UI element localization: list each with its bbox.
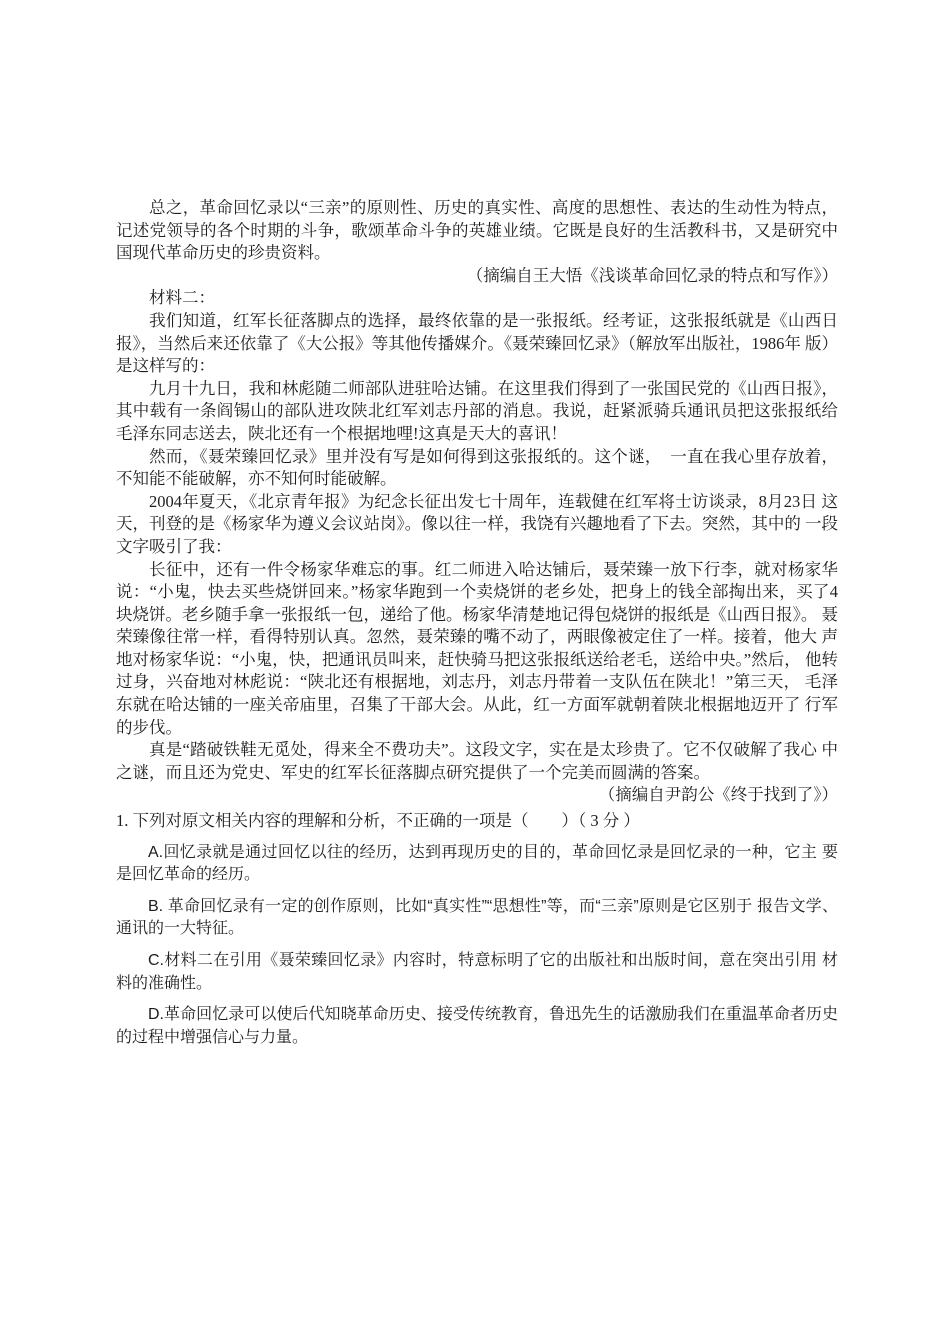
question-1-option-c: C.材料二在引用《聂荣臻回忆录》内容时，特意标明了它的出版社和出版时间，意在突出… <box>116 950 838 995</box>
question-1-option-b: B. 革命回忆录有一定的创作原则，比如“真实性”“思想性”等，而“三亲”原则是它… <box>116 896 838 941</box>
material-two-paragraph-1: 我们知道，红军长征落脚点的选择，最终依靠的是一张报纸。经考证，这张报纸就是《山西… <box>116 310 838 378</box>
question-1-stem: 1. 下列对原文相关内容的理解和分析，不正确的一项是（ ）（ 3 分 ） <box>116 810 838 833</box>
question-1-option-a: A.回忆录就是通过回忆以往的经历，达到再现历史的目的，革命回忆录是回忆录的一种，… <box>116 842 838 887</box>
question-1-option-d: D.革命回忆录可以使后代知晓革命历史、接受传统教育，鲁迅先生的话激励我们在重温革… <box>116 1004 838 1049</box>
material-two-paragraph-3: 然而，《聂荣臻回忆录》里并没有写是如何得到这张报纸的。这个谜， 一直在我心里存放… <box>116 446 838 491</box>
material-two-citation: （摘编自尹韵公《终于找到了》） <box>116 784 838 807</box>
material-two-label: 材料二： <box>116 287 838 310</box>
material-one-citation: （摘编自王大悟《浅谈革命回忆录的特点和写作》） <box>116 265 838 288</box>
reading-passage: 总之，革命回忆录以“三亲”的原则性、历史的真实性、高度的思想性、表达的生动性为特… <box>116 197 838 1049</box>
exam-page: 总之，革命回忆录以“三亲”的原则性、历史的真实性、高度的思想性、表达的生动性为特… <box>0 0 950 1344</box>
material-two-paragraph-2: 九月十九日，我和林彪随二师部队进驻哈达铺。在这里我们得到了一张国民党的《山西日报… <box>116 378 838 446</box>
material-two-paragraph-4: 2004年夏天，《北京青年报》为纪念长征出发七十周年，连载健在红军将士访谈录，8… <box>116 491 838 559</box>
material-two-paragraph-5: 长征中，还有一件令杨家华难忘的事。红二师进入哈达铺后，聂荣臻一放下行李，就对杨家… <box>116 559 838 740</box>
material-one-closing-paragraph: 总之，革命回忆录以“三亲”的原则性、历史的真实性、高度的思想性、表达的生动性为特… <box>116 197 838 265</box>
material-two-paragraph-6: 真是“踏破铁鞋无觅处，得来全不费功夫”。这段文字，实在是太珍贵了。它不仅破解了我… <box>116 739 838 784</box>
